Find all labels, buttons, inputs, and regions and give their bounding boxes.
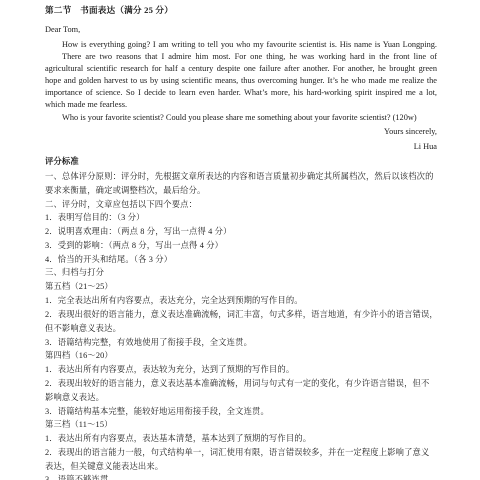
- letter-closing: Yours sincerely,: [384, 127, 437, 137]
- rubric-line: 但不影响意义表达。: [45, 324, 121, 334]
- letter-paragraph-line: How is everything going? I am writing to…: [45, 40, 437, 50]
- rubric-line: 三、归档与打分: [45, 268, 104, 278]
- letter-paragraph-line: There are two reasons that I admire him …: [45, 52, 437, 62]
- rubric-line: 2．说明喜欢理由：（两点 8 分，写出一点得 4 分）: [45, 227, 232, 237]
- letter-paragraph-line: importance of science. So I decide to le…: [45, 88, 437, 98]
- rubric-line: 2．表现出较好的语言能力，意义表达基本准确流畅，用词与句式有一定的变化，有少许语…: [45, 379, 429, 389]
- rubric-line: 二、评分时，文章应包括以下四个要点：: [45, 200, 197, 210]
- rubric-line: 第四档（16～20）: [45, 351, 113, 361]
- letter-paragraph-line: agricultural scientific research for hal…: [45, 64, 437, 74]
- letter-paragraph-line: Who is your favorite scientist? Could yo…: [62, 113, 417, 123]
- letter-paragraph-line: hope and golden harvest to us by using s…: [45, 76, 437, 86]
- rubric-line: 1．表达出所有内容要点，表达较为充分，达到了预期的写作目的。: [45, 365, 294, 375]
- rubric-line: 3．语篇结构基本完整，能较好地运用衔接手段，全文连贯。: [45, 407, 269, 417]
- rubric-line: 表达，但关键意义能表达出来。: [45, 462, 163, 472]
- rubric-line: 4．恰当的开头和结尾。（各 3 分）: [45, 255, 172, 265]
- section-title: 第二节 书面表达（满分 25 分）: [45, 5, 173, 15]
- rubric-line: 3．受到的影响：（两点 8 分，写出一点得 4 分）: [45, 241, 223, 251]
- rubric-line: 3．语篇不够连贯。: [45, 475, 117, 480]
- rubric-line: 第三档（11～15）: [45, 420, 113, 430]
- letter-signature: Li Hua: [414, 142, 437, 152]
- rubric-title: 评分标准: [45, 157, 79, 167]
- rubric-line: 一、总体评分原则：评分时，先根据文章所表达的内容和语言质量初步确定其所属档次，然…: [45, 172, 434, 182]
- letter-paragraph-line: which made me fearless.: [45, 100, 127, 110]
- rubric-line: 1．表明写信目的：（3 分）: [45, 213, 145, 223]
- rubric-line: 要求来衡量，确定或调整档次，最后给分。: [45, 186, 206, 196]
- rubric-line: 2．表现出的语言能力一般，句式结构单一，词汇使用有限，语言错误较多，并在一定程度…: [45, 448, 429, 458]
- letter-greeting: Dear Tom,: [45, 25, 80, 35]
- rubric-line: 第五档（21～25）: [45, 282, 113, 292]
- rubric-line: 3．语篇结构完整，有效地使用了衔接手段，全文连贯。: [45, 338, 252, 348]
- rubric-line: 2．表现出很好的语言能力，意义表达准确流畅，词汇丰富，句式多样，语言地道，有少许…: [45, 310, 438, 320]
- rubric-line: 1．表达出所有内容要点，表达基本清楚，基本达到了预期的写作目的。: [45, 434, 311, 444]
- rubric-line: 1．完全表达出所有内容要点，表达充分，完全达到预期的写作目的。: [45, 296, 303, 306]
- rubric-line: 影响意义表达。: [45, 393, 104, 403]
